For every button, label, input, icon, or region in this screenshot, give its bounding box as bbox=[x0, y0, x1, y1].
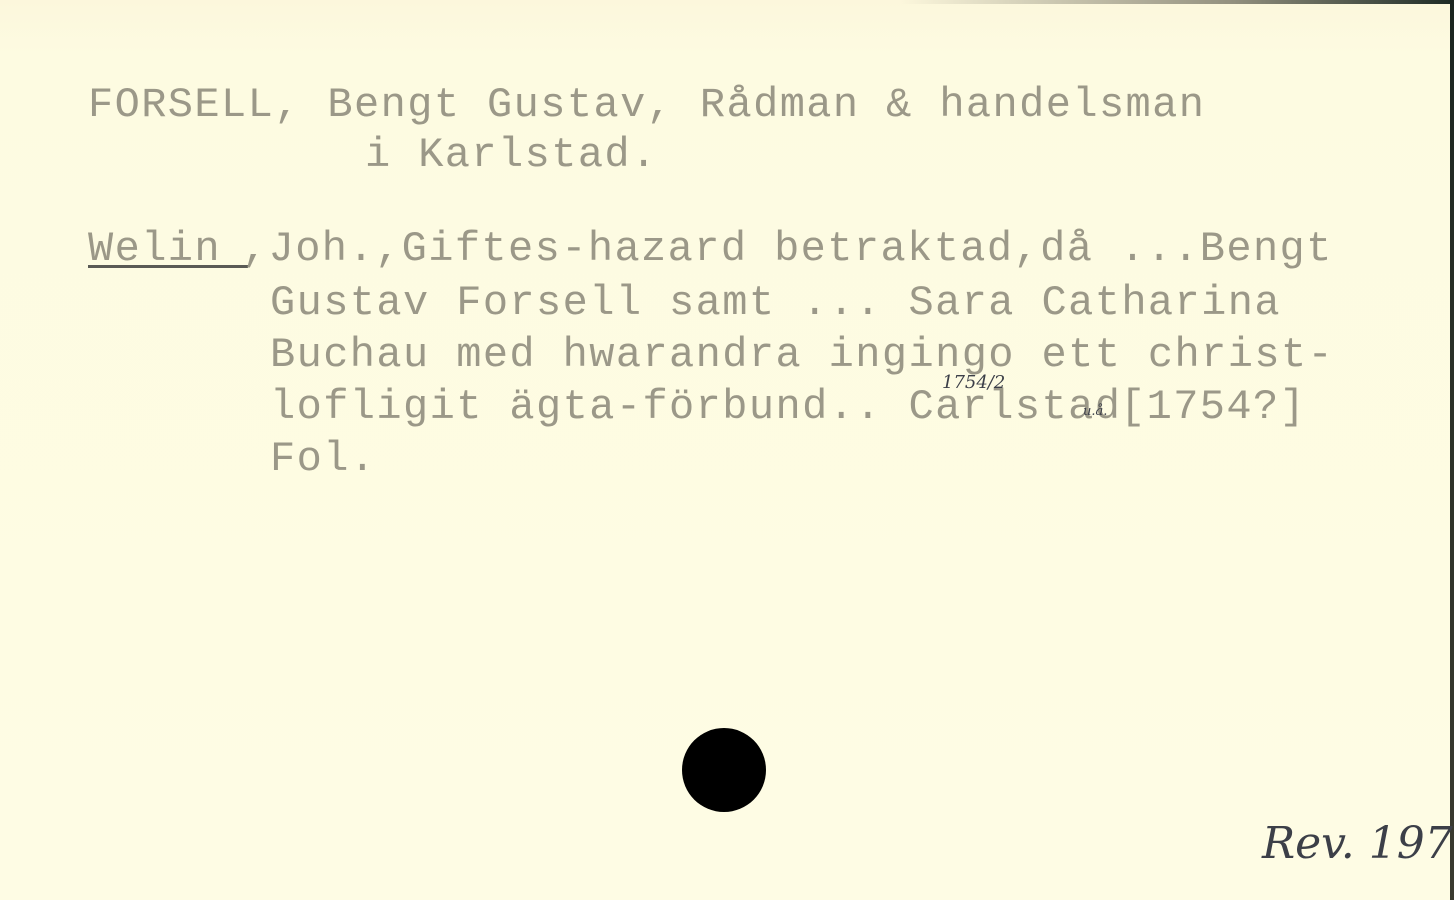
author-underline bbox=[88, 265, 248, 268]
punch-hole bbox=[682, 728, 766, 812]
entry-line-1: ,Joh.,Giftes-hazard betraktad,då ...Beng… bbox=[242, 226, 1333, 272]
entry-line-3: Buchau med hwarandra ingingo ett christ- bbox=[270, 332, 1334, 378]
shelfmark-annotation: 1754/2 bbox=[942, 372, 1005, 393]
entry-year: [1754?] bbox=[1120, 384, 1306, 430]
catalog-card: FORSELL, Bengt Gustav, Rådman & handelsm… bbox=[0, 0, 1454, 900]
revision-note: Rev. 1970 bbox=[1262, 818, 1454, 869]
heading-line-1: FORSELL, Bengt Gustav, Rådman & handelsm… bbox=[88, 82, 1205, 128]
no-year-annotation: u.å. bbox=[1083, 404, 1107, 419]
card-edge-top bbox=[900, 0, 1454, 4]
heading-line-2: i Karlstad. bbox=[365, 132, 658, 178]
entry-line-2: Gustav Forsell samt ... Sara Catharina bbox=[270, 280, 1281, 326]
card-edge-right bbox=[1450, 0, 1454, 900]
entry-format: Fol. bbox=[270, 436, 376, 482]
